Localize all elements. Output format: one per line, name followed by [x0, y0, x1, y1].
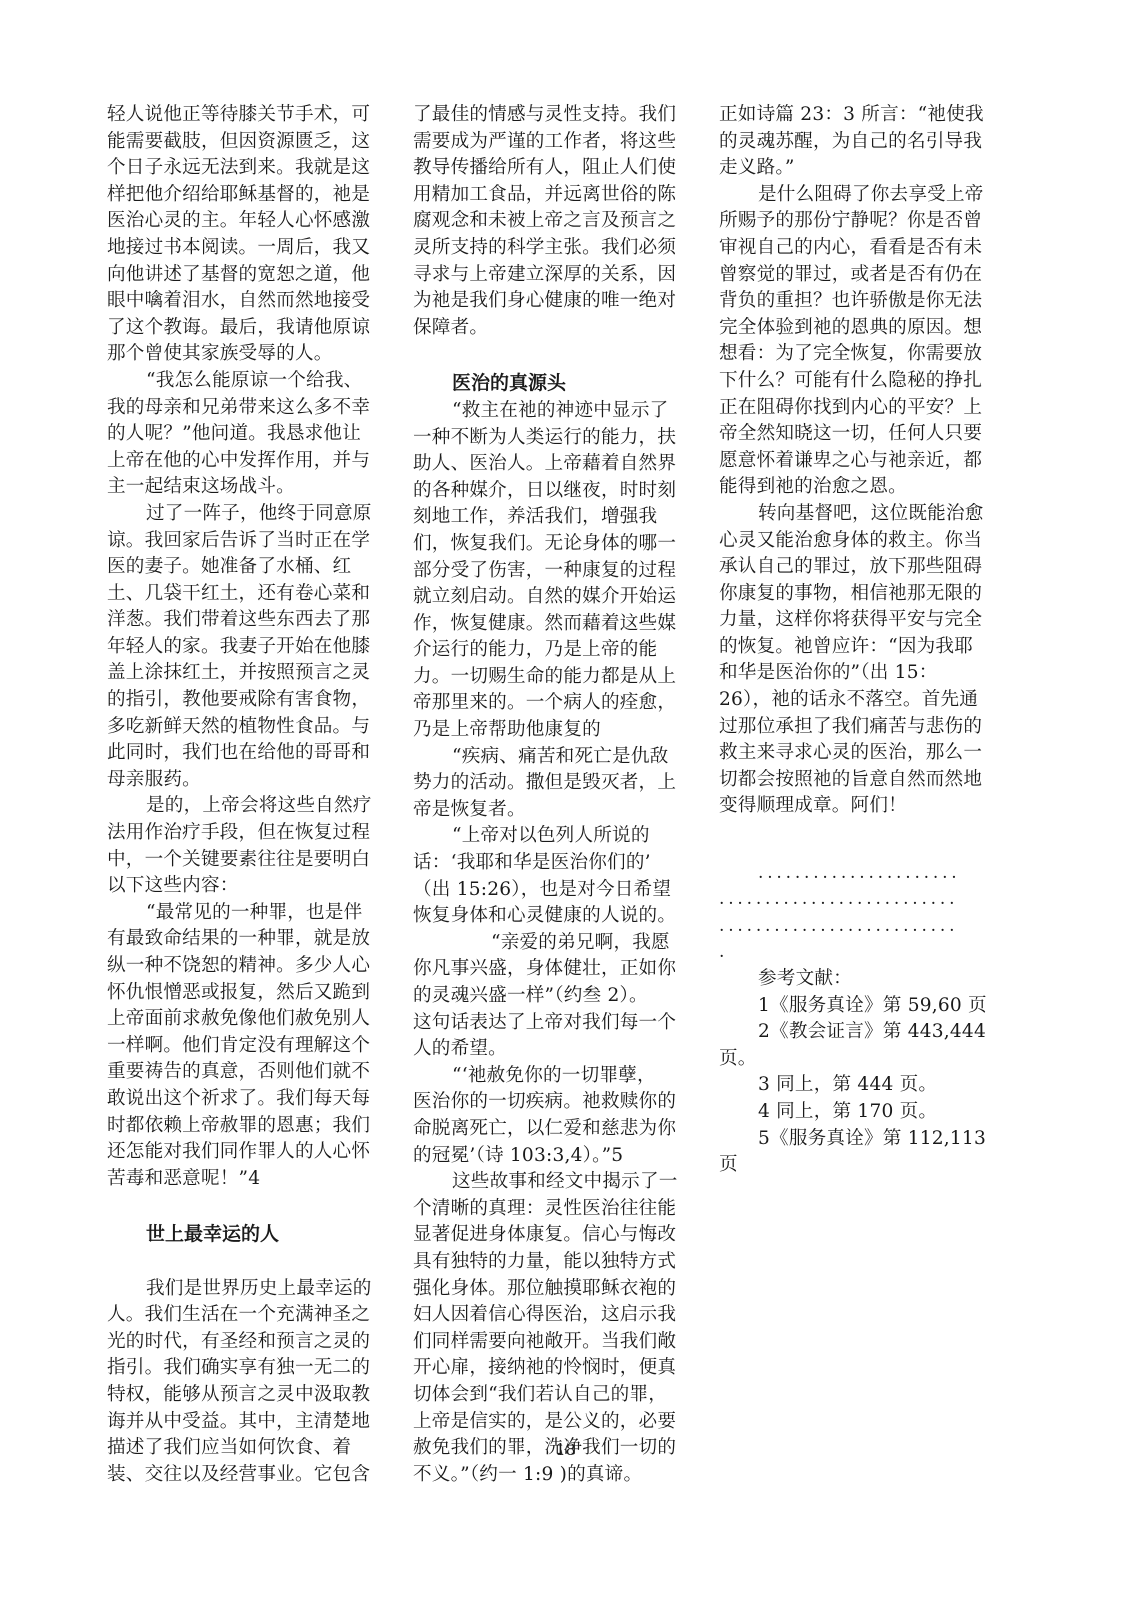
text-line: 了最佳的情感与灵性支持。我们	[413, 102, 695, 129]
text-line: 承认自己的罪过，放下那些阻碍	[719, 554, 1001, 581]
reference-item: 4 同上，第 170 页。	[719, 1099, 1001, 1126]
text-line: 想看：为了完全恢复，你需要放	[719, 341, 1001, 368]
text-line: 帝全然知晓这一切，任何人只要	[719, 421, 1001, 448]
text-line: 的灵魂苏醒，为自己的名引导我	[719, 129, 1001, 156]
text-line: 转向基督吧，这位既能治愈	[719, 501, 1001, 528]
text-line: 曾察觉的罪过，或者是否有仍在	[719, 262, 1001, 289]
paragraph: 了最佳的情感与灵性支持。我们 需要成为严谨的工作者，将这些 教导传播给所有人，阻…	[413, 102, 695, 341]
text-line: 们同样需要向祂敞开。当我们敞	[413, 1329, 695, 1356]
text-line: 的指引，教他要戒除有害食物，	[107, 687, 387, 714]
text-line: 走义路。”	[719, 155, 1001, 182]
dot-line: .	[719, 939, 1001, 966]
text-line: 母亲服药。	[107, 767, 387, 794]
text-line: 洋葱。我们带着这些东西去了那	[107, 607, 387, 634]
text-line: “‘祂赦免你的一切罪孽，	[413, 1063, 695, 1090]
text-line: 谅。我回家后告诉了当时正在学	[107, 528, 387, 555]
text-line: 那个曾使其家族受辱的人。	[107, 341, 387, 368]
text-line: 和华是医治你的”（出 15：	[719, 660, 1001, 687]
dot-line: ......................	[719, 860, 1001, 887]
quote-paragraph: “‘祂赦免你的一切罪孽， 医治你的一切疾病。祂救赎你的 命脱离死亡，以仁爱和慈悲…	[413, 1063, 695, 1169]
text-line: 话：‘我耶和华是医治你们的’	[413, 850, 695, 877]
paragraph: 是的，上帝会将这些自然疗 法用作治疗手段，但在恢复过程 中，一个关键要素往往是要…	[107, 793, 387, 899]
text-line: 我们是世界历史上最幸运的	[107, 1276, 387, 1303]
text-line: 医的妻子。她准备了水桶、红	[107, 554, 387, 581]
text-line: 助人、医治人。上帝藉着自然界	[413, 451, 695, 478]
text-line: 过那位承担了我们痛苦与悲伤的	[719, 714, 1001, 741]
text-line: （出 15:26），也是对今日希望	[413, 877, 695, 904]
section-heading: 世上最幸运的人	[107, 1219, 387, 1249]
text-line: 的冠冕’（诗 103:3,4）。”5	[413, 1143, 695, 1170]
text-line: 你康复的事物，相信祂那无限的	[719, 581, 1001, 608]
text-line: 下什么？可能有什么隐秘的挣扎	[719, 368, 1001, 395]
text-line: “疾病、痛苦和死亡是仇敌	[413, 744, 695, 771]
text-line: 重要祷告的真意，否则他们就不	[107, 1059, 387, 1086]
text-line: 多吃新鲜天然的植物性食品。与	[107, 714, 387, 741]
paragraph: 轻人说他正等待膝关节手术，可 能需要截肢，但因资源匮乏，这 个日子永远无法到来。…	[107, 102, 387, 368]
reference-item: 5《服务真诠》第 112,113	[719, 1126, 1001, 1153]
text-line: “上帝对以色列人所说的	[413, 823, 695, 850]
quote-paragraph: “亲爱的弟兄啊，我愿 你凡事兴盛，身体健壮，正如你 的灵魂兴盛一样”（约叁 2）…	[413, 930, 695, 1063]
text-line: 一样啊。他们肯定没有理解这个	[107, 1033, 387, 1060]
text-column-2: 了最佳的情感与灵性支持。我们 需要成为严谨的工作者，将这些 教导传播给所有人，阻…	[413, 102, 695, 1488]
text-line: 审视自己的内心，看看是否有未	[719, 235, 1001, 262]
text-line: 土、几袋干红土，还有卷心菜和	[107, 581, 387, 608]
text-line: 了这个教诲。最后，我请他原谅	[107, 315, 387, 342]
text-line: 有最致命结果的一种罪，就是放	[107, 926, 387, 953]
text-line: 正在阻碍你找到内心的平安？上	[719, 395, 1001, 422]
text-line: 力量，这样你将获得平安与完全	[719, 607, 1001, 634]
paragraph: “我怎么能原谅一个给我、 我的母亲和兄弟带来这么多不幸 的人呢？”他问道。我恳求…	[107, 368, 387, 501]
text-line: 敢说出这个祈求了。我们每天每	[107, 1086, 387, 1113]
text-line: 26），祂的话永不落空。首先通	[719, 687, 1001, 714]
text-line: 不义。”（约一 1:9 )的真谛。	[413, 1462, 695, 1489]
spacer	[413, 341, 695, 368]
text-line: “我怎么能原谅一个给我、	[107, 368, 387, 395]
text-line: 救主来寻求心灵的医治，那么一	[719, 740, 1001, 767]
reference-item-continued: 页	[719, 1152, 1001, 1179]
text-line: 这些故事和经文中揭示了一	[413, 1169, 695, 1196]
text-line: 个清晰的真理：灵性医治往往能	[413, 1196, 695, 1223]
text-line: 诲并从中受益。其中，主清楚地	[107, 1409, 387, 1436]
text-line: 变得顺理成章。阿们！	[719, 793, 1001, 820]
document-page: 轻人说他正等待膝关节手术，可 能需要截肢，但因资源匮乏，这 个日子永远无法到来。…	[0, 0, 1131, 1600]
text-line: 是什么阻碍了你去享受上帝	[719, 182, 1001, 209]
text-line: 人的希望。	[413, 1036, 695, 1063]
text-line: 所赐予的那份宁静呢？你是否曾	[719, 208, 1001, 235]
paragraph: 正如诗篇 23：3 所言：“祂使我 的灵魂苏醒，为自己的名引导我 走义路。”	[719, 102, 1001, 182]
text-line: 向他讲述了基督的宽恕之道，他	[107, 262, 387, 289]
text-line: 的人呢？”他问道。我恳求他让	[107, 421, 387, 448]
text-column-1: 轻人说他正等待膝关节手术，可 能需要截肢，但因资源匮乏，这 个日子永远无法到来。…	[107, 102, 387, 1488]
text-line: 眼中噙着泪水，自然而然地接受	[107, 288, 387, 315]
text-line: 势力的活动。撒但是毁灭者，上	[413, 770, 695, 797]
section-heading: 医治的真源头	[413, 368, 695, 398]
text-line: “最常见的一种罪，也是伴	[107, 900, 387, 927]
text-line: 正如诗篇 23：3 所言：“祂使我	[719, 102, 1001, 129]
text-line: 法用作治疗手段，但在恢复过程	[107, 820, 387, 847]
references-section: 参考文献： 1《服务真诠》第 59,60 页 2《教会证言》第 443,444 …	[719, 966, 1001, 1179]
text-line: 上帝是信实的，是公义的，必要	[413, 1409, 695, 1436]
text-line: 妇人因着信心得医治，这启示我	[413, 1302, 695, 1329]
text-line: 用精加工食品，并远离世俗的陈	[413, 182, 695, 209]
spacer	[719, 847, 1001, 860]
text-line: 上帝在他的心中发挥作用，并与	[107, 448, 387, 475]
text-line: 为祂是我们身心健康的唯一绝对	[413, 288, 695, 315]
text-line: 时都依赖上帝赦罪的恩惠；我们	[107, 1113, 387, 1140]
text-line: 强化身体。那位触摸耶稣衣袍的	[413, 1276, 695, 1303]
text-line: 我的母亲和兄弟带来这么多不幸	[107, 395, 387, 422]
text-line: 中，一个关键要素往往是要明白	[107, 847, 387, 874]
text-line: 过了一阵子，他终于同意原	[107, 501, 387, 528]
text-line: 部分受了伤害，一种康复的过程	[413, 558, 695, 585]
text-line: 的恢复。祂曾应许：“因为我耶	[719, 634, 1001, 661]
text-line: 指引。我们确实享有独一无二的	[107, 1355, 387, 1382]
text-line: 装、交往以及经营事业。它包含	[107, 1462, 387, 1489]
reference-item: 3 同上，第 444 页。	[719, 1072, 1001, 1099]
text-line: 盖上涂抹红土，并按照预言之灵	[107, 660, 387, 687]
reference-item: 1《服务真诠》第 59,60 页	[719, 993, 1001, 1020]
text-line: “亲爱的弟兄啊，我愿	[413, 930, 695, 957]
references-title: 参考文献：	[719, 966, 1001, 993]
text-line: 苦毒和恶意呢！”4	[107, 1166, 387, 1193]
text-line: 医治你的一切疾病。祂救赎你的	[413, 1089, 695, 1116]
text-line: 切都会按照祂的旨意自然而然地	[719, 767, 1001, 794]
text-line: 年轻人的家。我妻子开始在他膝	[107, 634, 387, 661]
text-column-3: 正如诗篇 23：3 所言：“祂使我 的灵魂苏醒，为自己的名引导我 走义路。” 是…	[719, 102, 1001, 1179]
text-line: 主一起结束这场战斗。	[107, 474, 387, 501]
reference-item: 2《教会证言》第 443,444	[719, 1019, 1001, 1046]
text-line: 开心扉，接纳祂的怜悯时，便真	[413, 1355, 695, 1382]
text-line: 切体会到“我们若认自己的罪，	[413, 1382, 695, 1409]
text-line: 地接过书本阅读。一周后，我又	[107, 235, 387, 262]
text-line: 是的，上帝会将这些自然疗	[107, 793, 387, 820]
text-line: 完全体验到祂的恩典的原因。想	[719, 315, 1001, 342]
quote-paragraph: “疾病、痛苦和死亡是仇敌 势力的活动。撒但是毁灭者，上 帝是恢复者。	[413, 744, 695, 824]
text-line: 力。一切赐生命的能力都是从上	[413, 664, 695, 691]
text-line: 保障者。	[413, 315, 695, 342]
paragraph: 转向基督吧，这位既能治愈 心灵又能治愈身体的救主。你当 承认自己的罪过，放下那些…	[719, 501, 1001, 820]
text-line: 教导传播给所有人，阻止人们使	[413, 155, 695, 182]
text-line: 这句话表达了上帝对我们每一个	[413, 1010, 695, 1037]
paragraph: 是什么阻碍了你去享受上帝 所赐予的那份宁静呢？你是否曾 审视自己的内心，看看是否…	[719, 182, 1001, 501]
dot-line: ..........................	[719, 886, 1001, 913]
page-number: 18	[0, 1440, 1131, 1459]
reference-item-continued: 页。	[719, 1046, 1001, 1073]
text-line: 帝是恢复者。	[413, 797, 695, 824]
text-line: 介运行的能力，乃是上帝的能	[413, 637, 695, 664]
text-line: 样把他介绍给耶稣基督的，祂是	[107, 182, 387, 209]
text-line: 你凡事兴盛，身体健壮，正如你	[413, 956, 695, 983]
text-line: 显著促进身体康复。信心与悔改	[413, 1222, 695, 1249]
text-line: 光的时代，有圣经和预言之灵的	[107, 1329, 387, 1356]
text-line: 能得到祂的治愈之恩。	[719, 474, 1001, 501]
text-line: 帝那里来的。一个病人的痊愈，	[413, 690, 695, 717]
text-line: 上帝面前求赦免像他们赦免别人	[107, 1006, 387, 1033]
paragraph: 过了一阵子，他终于同意原 谅。我回家后告诉了当时正在学 医的妻子。她准备了水桶、…	[107, 501, 387, 794]
text-line: 背负的重担？也许骄傲是你无法	[719, 288, 1001, 315]
quote-paragraph: “救主在祂的神迹中显示了 一种不断为人类运行的能力，扶 助人、医治人。上帝藉着自…	[413, 398, 695, 744]
text-line: 就立刻启动。自然的媒介开始运	[413, 584, 695, 611]
text-line: 一种不断为人类运行的能力，扶	[413, 425, 695, 452]
text-line: 纵一种不饶恕的精神。多少人心	[107, 953, 387, 980]
text-line: 们，恢复我们。无论身体的哪一	[413, 531, 695, 558]
text-line: 具有独特的力量，能以独特方式	[413, 1249, 695, 1276]
text-line: 乃是上帝帮助他康复的	[413, 717, 695, 744]
dot-line: ..........................	[719, 913, 1001, 940]
text-line: 命脱离死亡，以仁爱和慈悲为你	[413, 1116, 695, 1143]
text-line: 恢复身体和心灵健康的人说的。	[413, 903, 695, 930]
text-line: 个日子永远无法到来。我就是这	[107, 155, 387, 182]
text-line: 愿意怀着谦卑之心与祂亲近，都	[719, 448, 1001, 475]
quote-paragraph: “最常见的一种罪，也是伴 有最致命结果的一种罪，就是放 纵一种不饶恕的精神。多少…	[107, 900, 387, 1193]
text-line: 作，恢复健康。然而藉着这些媒	[413, 611, 695, 638]
text-line: 特权，能够从预言之灵中汲取教	[107, 1382, 387, 1409]
text-line: 还怎能对我们同作罪人的人心怀	[107, 1139, 387, 1166]
text-line: 怀仇恨憎恶或报复，然后又跪到	[107, 980, 387, 1007]
text-line: 轻人说他正等待膝关节手术，可	[107, 102, 387, 129]
text-line: 灵所支持的科学主张。我们必须	[413, 235, 695, 262]
text-line: 刻地工作，养活我们，增强我	[413, 504, 695, 531]
text-line: 寻求与上帝建立深厚的关系，因	[413, 262, 695, 289]
text-line: “救主在祂的神迹中显示了	[413, 398, 695, 425]
text-line: 的灵魂兴盛一样”（约叁 2）。	[413, 983, 695, 1010]
text-line: 需要成为严谨的工作者，将这些	[413, 129, 695, 156]
text-line: 此同时，我们也在给他的哥哥和	[107, 740, 387, 767]
spacer	[107, 1249, 387, 1276]
text-line: 以下这些内容：	[107, 873, 387, 900]
text-line: 心灵又能治愈身体的救主。你当	[719, 528, 1001, 555]
text-line: 医治心灵的主。年轻人心怀感激	[107, 208, 387, 235]
text-line: 能需要截肢，但因资源匮乏，这	[107, 129, 387, 156]
quote-paragraph: “上帝对以色列人所说的 话：‘我耶和华是医治你们的’ （出 15:26），也是对…	[413, 823, 695, 929]
spacer	[107, 1192, 387, 1219]
dotted-separator: ...................... .................…	[719, 860, 1001, 966]
text-line: 腐观念和未被上帝之言及预言之	[413, 208, 695, 235]
text-line: 的各种媒介，日以继夜，时时刻	[413, 478, 695, 505]
text-line: 人。我们生活在一个充满神圣之	[107, 1302, 387, 1329]
spacer	[719, 820, 1001, 847]
